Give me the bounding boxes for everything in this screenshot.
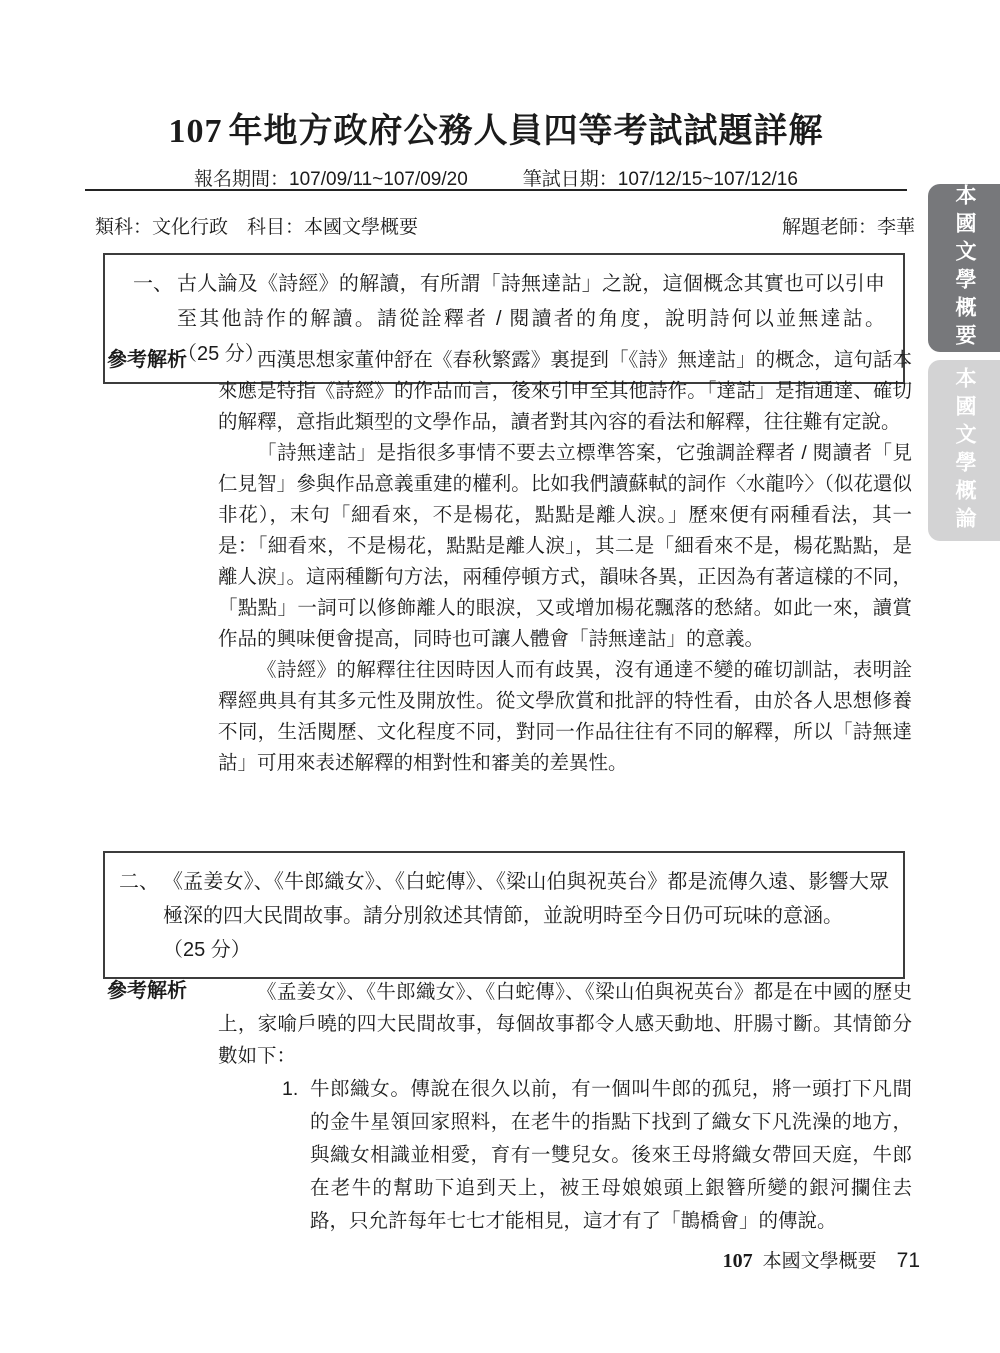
side-tab-subject-summary: 本國文學概要 xyxy=(928,184,1000,352)
exam-dates-line: 報名期間：107/09/11~107/09/20 筆試日期：107/12/15~… xyxy=(85,164,907,191)
list-item-text: 牛郎織女。傳說在很久以前，有一個叫牛郎的孤兒，將一頭打下凡間的金牛星領回家照料，… xyxy=(310,1073,912,1238)
list-item-number: 1. xyxy=(282,1073,310,1238)
analysis-label-2: 參考解析 xyxy=(107,976,187,1007)
footer-page-number: 71 xyxy=(897,1249,920,1273)
question-2-score: （25 分） xyxy=(163,933,889,967)
meta-line: 類科：文化行政 科目：本國文學概要 解題老師：李華 xyxy=(95,212,915,239)
analysis-1-paragraph: 《詩經》的解釋往往因時因人而有歧異，沒有通達不變的確切訓詁，表明詮釋經典具有其多… xyxy=(218,655,912,779)
solver-teacher: 解題老師：李華 xyxy=(782,212,915,239)
page-title: 107年地方政府公務人員四等考試試題詳解 xyxy=(85,103,907,152)
question-2-number: 二、 xyxy=(119,865,163,899)
analysis-body-1: 西漢思想家董仲舒在《春秋繁露》裏提到「《詩》無達詁」的概念，這句話本來應是特指《… xyxy=(218,345,912,779)
analysis-1-paragraph: 西漢思想家董仲舒在《春秋繁露》裏提到「《詩》無達詁」的概念，這句話本來應是特指《… xyxy=(218,345,912,438)
question-1-number: 一、 xyxy=(133,267,177,302)
category-and-subject: 類科：文化行政 科目：本國文學概要 xyxy=(95,212,418,239)
analysis-1-paragraph: 「詩無達詁」是指很多事情不要去立標準答案，它強調詮釋者 / 閱讀者「見仁見智」參… xyxy=(218,438,912,655)
page-title-text: 年地方政府公務人員四等考試試題詳解 xyxy=(229,112,824,150)
written-exam-date: 筆試日期：107/12/15~107/12/16 xyxy=(523,164,798,191)
analysis-body-2: 《孟姜女》、《牛郎織女》、《白蛇傳》、《梁山伯與祝英台》都是在中國的歷史上，家喻… xyxy=(218,976,912,1238)
page-title-year: 107 xyxy=(169,113,223,150)
page-footer: 107 本國文學概要 71 xyxy=(723,1246,920,1273)
analysis-label-1: 參考解析 xyxy=(107,345,187,376)
header-divider xyxy=(85,189,907,191)
side-tab-subject-introduction: 本國文學概論 xyxy=(928,360,1000,541)
question-2-body: 《孟姜女》、《牛郎織女》、《白蛇傳》、《梁山伯與祝英台》都是流傳久遠、影響大眾極… xyxy=(163,871,889,927)
story-list-item-1: 1. 牛郎織女。傳說在很久以前，有一個叫牛郎的孤兒，將一頭打下凡間的金牛星領回家… xyxy=(218,1073,912,1238)
side-tab-subject-summary-label: 本國文學概要 xyxy=(949,184,979,352)
question-2-text: 《孟姜女》、《牛郎織女》、《白蛇傳》、《梁山伯與祝英台》都是流傳久遠、影響大眾極… xyxy=(163,865,889,967)
analysis-2-paragraph: 《孟姜女》、《牛郎織女》、《白蛇傳》、《梁山伯與祝英台》都是在中國的歷史上，家喻… xyxy=(218,976,912,1072)
side-tab-subject-introduction-label: 本國文學概論 xyxy=(949,367,979,535)
question-2-box: 二、 《孟姜女》、《牛郎織女》、《白蛇傳》、《梁山伯與祝英台》都是流傳久遠、影響… xyxy=(103,851,905,979)
footer-subject: 本國文學概要 xyxy=(763,1246,877,1273)
registration-period: 報名期間：107/09/11~107/09/20 xyxy=(194,164,468,191)
question-1-body: 古人論及《詩經》的解讀，有所謂「詩無達詁」之說，這個概念其實也可以引申至其他詩作… xyxy=(177,273,885,330)
footer-book-number: 107 xyxy=(723,1250,753,1273)
